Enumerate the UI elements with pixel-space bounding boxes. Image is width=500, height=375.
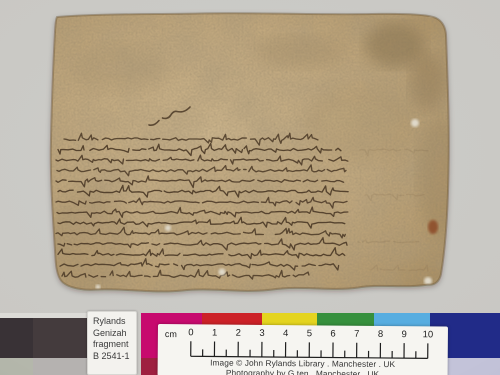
patch-gray-light-2 — [33, 358, 88, 375]
shelfmark-line: Rylands — [93, 316, 136, 328]
shelfmark-line: Genizah — [93, 328, 136, 340]
patch-gray-light-1 — [0, 358, 33, 375]
manuscript-photo: Rylands Genizah fragment B 2541-1 cm 012… — [0, 0, 500, 375]
patch-gray-dark-2 — [33, 318, 88, 358]
credit-line-2: Photography by G.ten . Manchester . UK — [158, 366, 448, 375]
shelfmark-line: fragment — [93, 339, 136, 351]
ruler-card: cm 012345678910 Image © John Rylands Lib… — [158, 324, 448, 375]
shelfmark-line: B 2541-1 — [93, 351, 136, 363]
calibration-strip — [0, 0, 500, 375]
shelfmark-label: Rylands Genizah fragment B 2541-1 — [87, 311, 137, 375]
patch-gray-dark-1 — [0, 318, 33, 358]
